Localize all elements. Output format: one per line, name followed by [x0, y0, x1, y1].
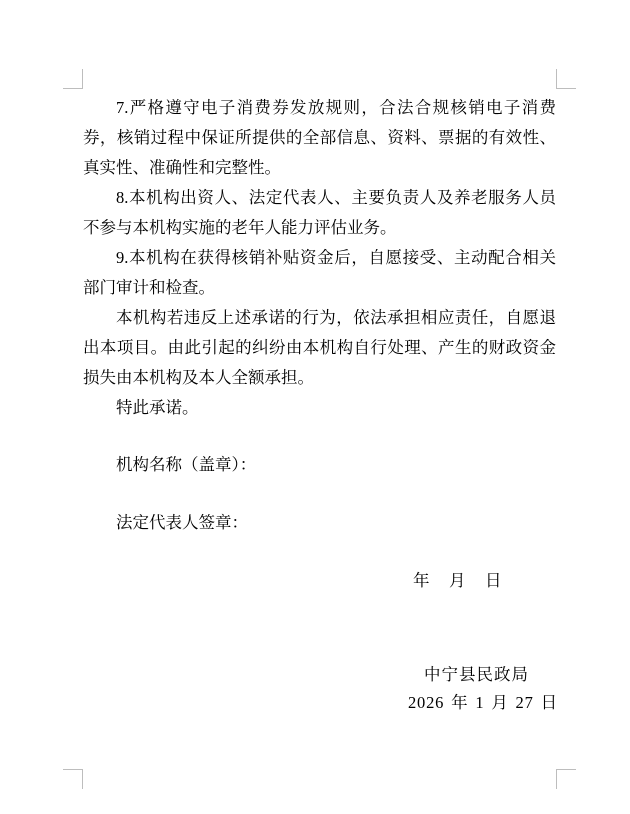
- clause-9-line-1: 9.本机构在获得核销补贴资金后，自愿接受、主动配合相关: [83, 243, 556, 273]
- issue-date: 2026 年 1 月 27 日: [408, 688, 558, 718]
- clause-7-line-2: 券，核销过程中保证所提供的全部信息、资料、票据的有效性、: [83, 123, 556, 153]
- clause-8-line-1: 8.本机构出资人、法定代表人、主要负责人及养老服务人员: [83, 183, 556, 213]
- clause-7-line-1: 7.严格遵守电子消费券发放规则，合法合规核销电子消费: [83, 93, 556, 123]
- clause-7-line-3: 真实性、准确性和完整性。: [83, 153, 556, 183]
- margin-corner-mark-bottom-right: [556, 769, 576, 789]
- clause-8-line-2: 不参与本机构实施的老年人能力评估业务。: [83, 213, 556, 243]
- clause-9-line-2: 部门审计和检查。: [83, 273, 556, 303]
- liability-line-3: 损失由本机构及本人全额承担。: [83, 363, 556, 393]
- liability-line-2: 出本项目。由此引起的纠纷由本机构自行处理、产生的财政资金: [83, 333, 556, 363]
- date-blank-line: 年 月 日: [413, 566, 503, 596]
- hereby-commit-line: 特此承诺。: [83, 393, 556, 423]
- liability-line-1: 本机构若违反上述承诺的行为，依法承担相应责任，自愿退: [83, 303, 556, 333]
- margin-corner-mark-top-left: [63, 69, 83, 89]
- margin-corner-mark-top-right: [556, 69, 576, 89]
- document-page: 7.严格遵守电子消费券发放规则，合法合规核销电子消费 券，核销过程中保证所提供的…: [0, 0, 630, 814]
- org-name-seal-label: 机构名称（盖章）：: [116, 450, 256, 480]
- document-body: 7.严格遵守电子消费券发放规则，合法合规核销电子消费 券，核销过程中保证所提供的…: [83, 93, 556, 423]
- issuer-name: 中宁县民政局: [424, 660, 529, 690]
- legal-rep-signature-label: 法定代表人签章：: [116, 508, 248, 538]
- margin-corner-mark-bottom-left: [63, 769, 83, 789]
